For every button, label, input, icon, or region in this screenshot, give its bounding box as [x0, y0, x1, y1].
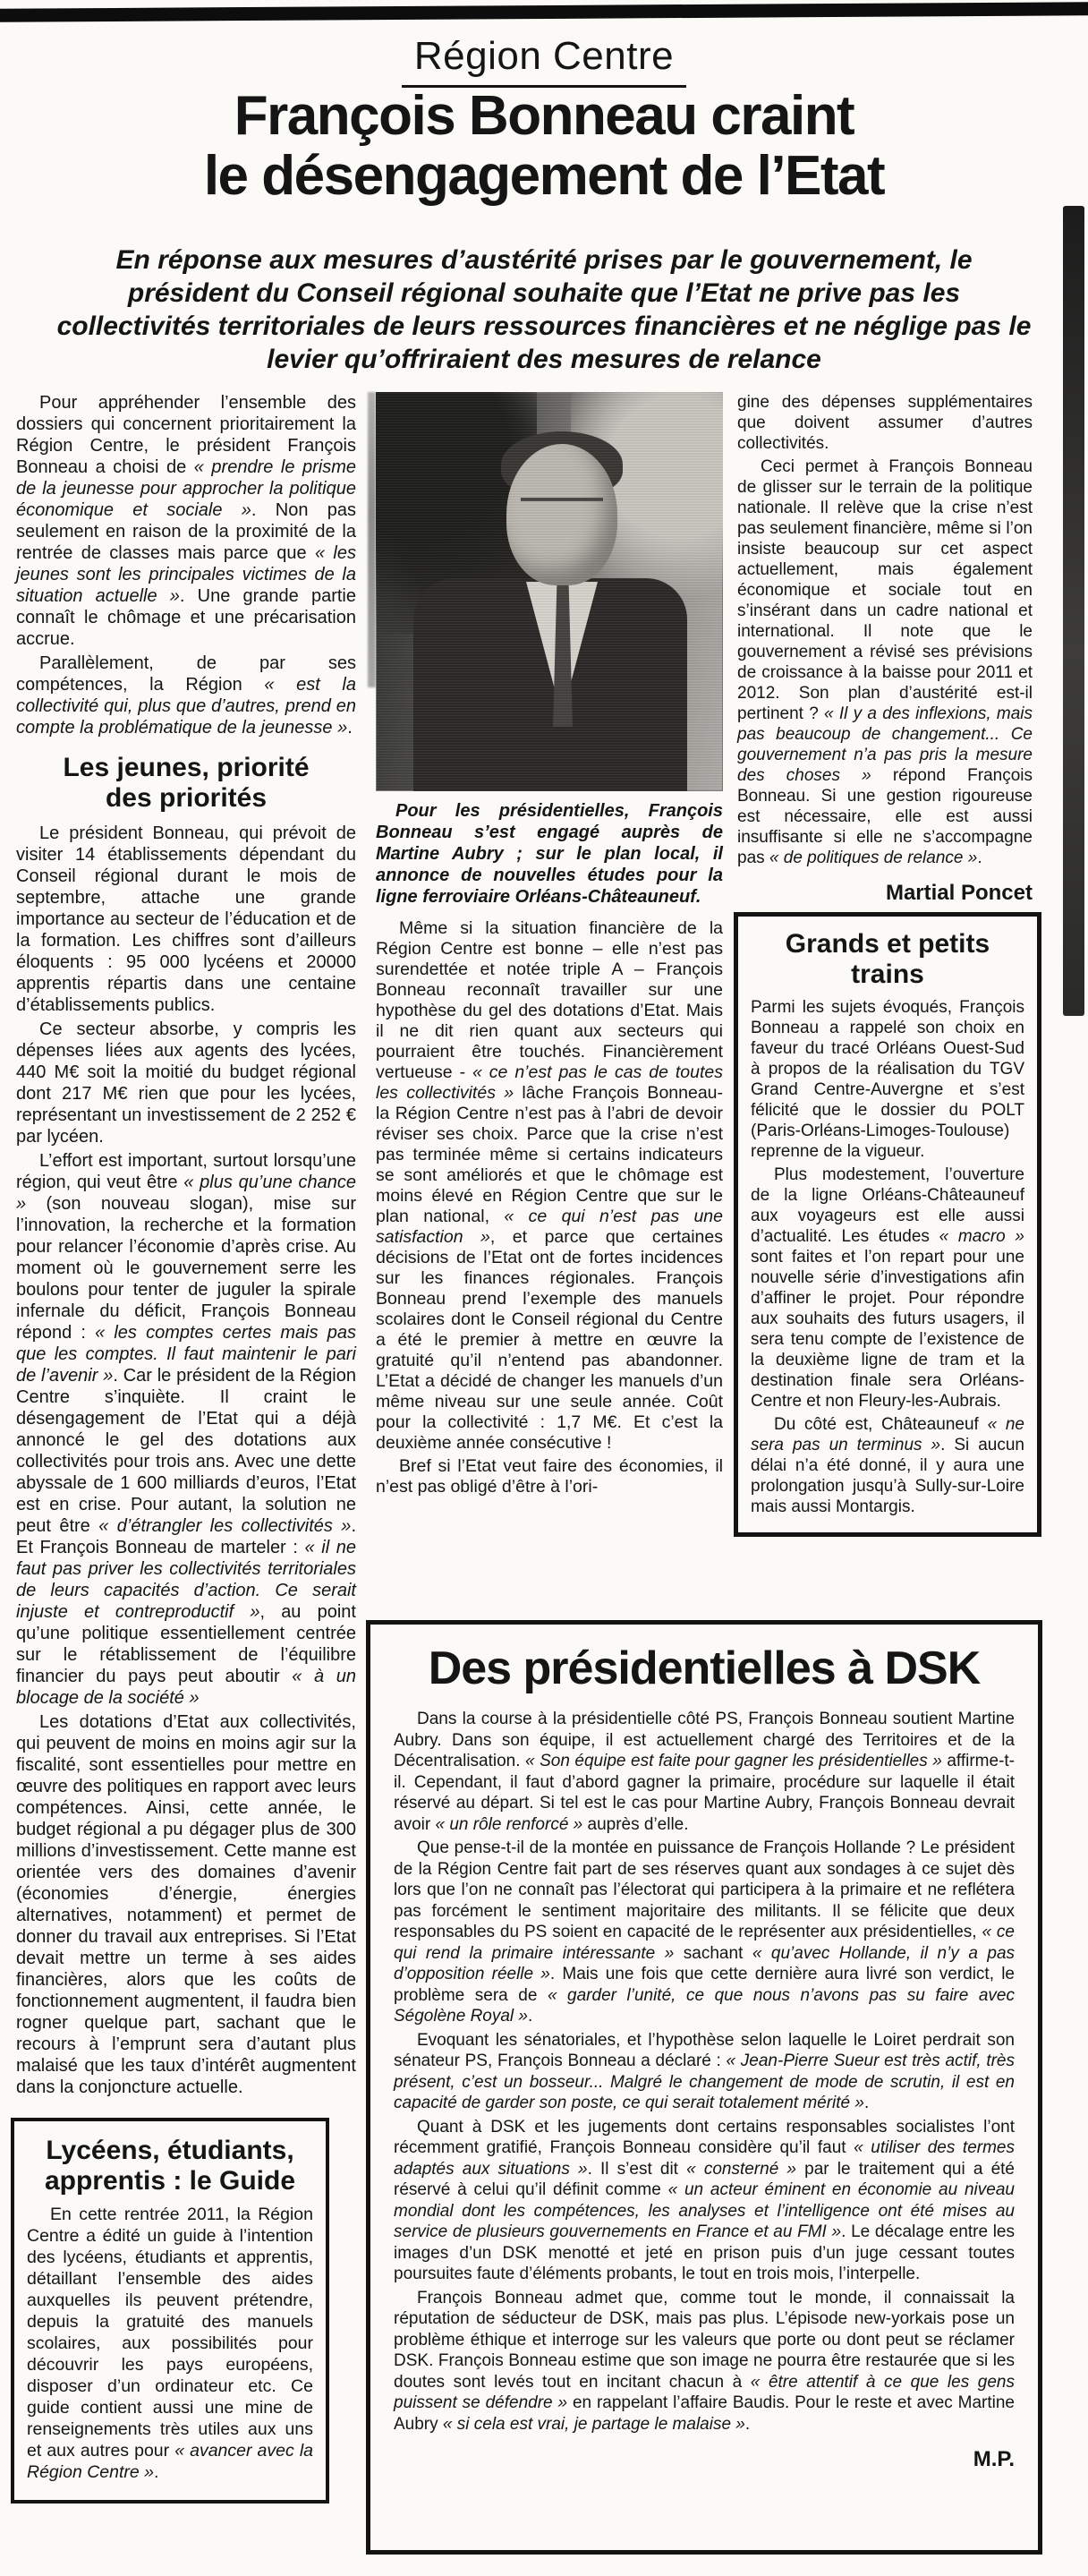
paragraph: Le président Bonneau, qui prévoit de vis…: [16, 823, 356, 1016]
paragraph: Que pense-t-il de la montée en puissance…: [394, 1838, 1015, 2027]
headline-line-2: le désengagement de l’Etat: [0, 146, 1088, 206]
left-column: Pour appréhender l’ensemble des dossiers…: [16, 392, 356, 2503]
right-column: gine des dépenses supplémentaires que do…: [737, 392, 1033, 1537]
paragraph: Les dotations d’Etat aux collectivités, …: [16, 1711, 356, 2098]
trains-box: Grands et petits trains Parmi les sujets…: [734, 912, 1041, 1537]
paragraph: Du côté est, Châteauneuf « ne sera pas u…: [751, 1414, 1024, 1517]
author-signature: Martial Poncet: [737, 883, 1033, 903]
left-intro-paragraphs: Pour appréhender l’ensemble des dossiers…: [16, 392, 356, 738]
middle-column: Pour les présidentielles, François Bonne…: [376, 392, 723, 1500]
trains-box-title: Grands et petits trains: [760, 929, 1016, 990]
paragraph: François Bonneau admet que, comme tout l…: [394, 2288, 1015, 2435]
guide-box-title: Lycéens, étudiants, apprentis : le Guide: [36, 2136, 304, 2196]
portrait-photo: [376, 392, 723, 791]
left-subhead: Les jeunes, priorité des priorités: [43, 753, 329, 814]
paragraph: En cette rentrée 2011, la Région Centre …: [27, 2204, 313, 2483]
guide-box: Lycéens, étudiants, apprentis : le Guide…: [11, 2118, 329, 2503]
photo-caption: Pour les présidentielles, François Bonne…: [376, 800, 723, 908]
newspaper-page: Région Centre François Bonneau craint le…: [0, 0, 1088, 2576]
dsk-signature: M.P.: [394, 2449, 1015, 2470]
paragraph: Même si la situation financière de la Ré…: [376, 918, 723, 1454]
headline: François Bonneau craint le désengagement…: [0, 86, 1088, 206]
right-paragraphs: gine des dépenses supplémentaires que do…: [737, 392, 1033, 868]
paragraph: Plus modestement, l’ouverture de la lign…: [751, 1164, 1024, 1412]
paragraph: Dans la course à la présidentielle côté …: [394, 1709, 1015, 1835]
scan-streak-artifact: [368, 392, 376, 687]
paragraph: L’effort est important, surtout lorsqu’u…: [16, 1150, 356, 1709]
left-body-paragraphs: Le président Bonneau, qui prévoit de vis…: [16, 823, 356, 2098]
paragraph: Ceci permet à François Bonneau de glisse…: [737, 456, 1033, 868]
photo-caption-text: Pour les présidentielles, François Bonne…: [376, 800, 723, 908]
kicker: Région Centre: [402, 34, 686, 88]
paragraph: Pour appréhender l’ensemble des dossiers…: [16, 392, 356, 650]
scan-band-artifact: [1063, 206, 1084, 1016]
headline-line-1: François Bonneau craint: [0, 86, 1088, 146]
guide-box-paragraphs: En cette rentrée 2011, la Région Centre …: [27, 2204, 313, 2483]
dsk-box: Des présidentielles à DSK Dans la course…: [366, 1620, 1042, 2555]
dsk-box-title: Des présidentielles à DSK: [394, 1642, 1015, 1694]
dsk-box-paragraphs: Dans la course à la présidentielle côté …: [394, 1709, 1015, 2435]
paragraph: Evoquant les sénatoriales, et l’hypothès…: [394, 2030, 1015, 2114]
standfirst: En réponse aux mesures d’austérité prise…: [54, 243, 1034, 376]
paragraph: Quant à DSK et les jugements dont certai…: [394, 2117, 1015, 2285]
paragraph: gine des dépenses supplémentaires que do…: [737, 392, 1033, 454]
paragraph: Parmi les sujets évoqués, François Bonne…: [751, 997, 1024, 1162]
photo-grain-overlay: [376, 392, 723, 791]
middle-paragraphs: Même si la situation financière de la Ré…: [376, 918, 723, 1497]
paragraph: Parallèlement, de par ses compétences, l…: [16, 653, 356, 738]
top-rule: [0, 2, 1088, 22]
paragraph: Ce secteur absorbe, y compris les dépens…: [16, 1019, 356, 1147]
kicker-row: Région Centre: [0, 34, 1088, 88]
trains-box-paragraphs: Parmi les sujets évoqués, François Bonne…: [751, 997, 1024, 1517]
paragraph: Bref si l’Etat veut faire des économies,…: [376, 1456, 723, 1497]
